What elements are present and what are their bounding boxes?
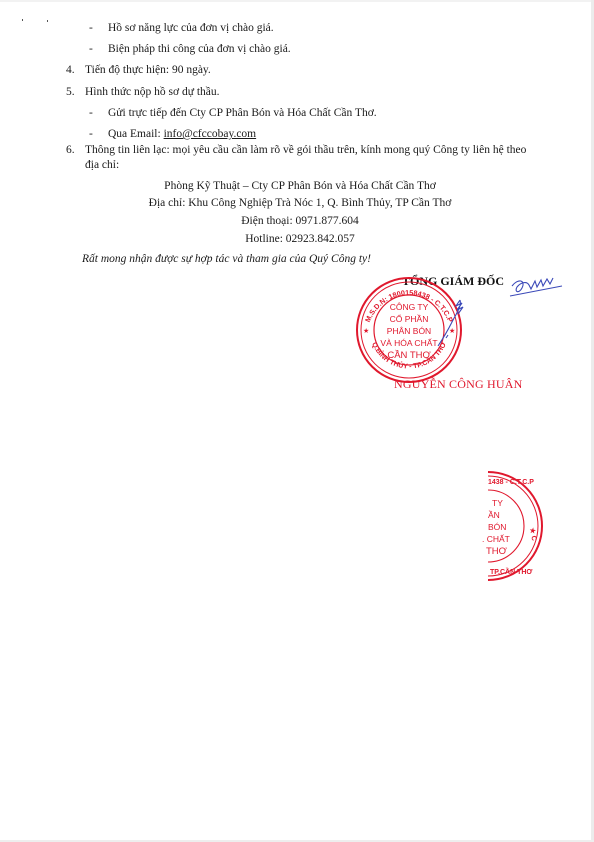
bullet-dash: - <box>89 127 93 141</box>
svg-text:ẦN: ẦN <box>488 510 500 520</box>
svg-text:BÓN: BÓN <box>488 522 506 532</box>
contact-address: Địa chỉ: Khu Công Nghiệp Trà Nóc 1, Q. B… <box>40 196 560 210</box>
item-schedule: Tiến độ thực hiện: 90 ngày. <box>85 63 211 77</box>
closing-remark: Rất mong nhận được sự hợp tác và tham gi… <box>82 252 371 266</box>
bullet-dash: - <box>89 42 93 56</box>
contact-department: Phòng Kỹ Thuật – Cty CP Phân Bón và Hóa … <box>40 179 560 193</box>
svg-text:★: ★ <box>363 327 369 335</box>
contact-hotline: Hotline: 02923.842.057 <box>40 232 560 246</box>
scan-mark <box>47 20 48 22</box>
item-contact-info: Thông tin liên lạc: mọi yêu cầu cần làm … <box>85 143 526 157</box>
bullet-capability-profile: Hồ sơ năng lực của đơn vị chào giá. <box>108 21 274 35</box>
bullet-dash: - <box>89 21 93 35</box>
svg-text:TY: TY <box>492 498 503 508</box>
signer-name: NGUYỄN CÔNG HUÂN <box>394 377 523 392</box>
bullet-construction-method: Biện pháp thi công của đơn vị chào giá. <box>108 42 291 56</box>
item-submission-method: Hình thức nộp hồ sơ dự thầu. <box>85 85 220 99</box>
email-link[interactable]: info@cfccobay.com <box>164 128 257 140</box>
svg-text:1438 - C.T.C.P: 1438 - C.T.C.P <box>488 479 534 486</box>
svg-text:THƠ: THƠ <box>486 546 507 557</box>
bullet-email-submission: Qua Email: info@cfccobay.com <box>108 127 256 141</box>
svg-text:★ C: ★ C <box>528 527 538 541</box>
item-contact-address-label: địa chỉ: <box>85 158 119 172</box>
svg-text:TP.CẦN THƠ: TP.CẦN THƠ <box>490 566 532 576</box>
scan-mark <box>22 19 23 21</box>
contact-phone: Điện thoại: 0971.877.604 <box>40 214 560 228</box>
page-top-edge <box>0 0 594 2</box>
partial-seal-stamp: 1438 - C.T.C.P ★ C TP.CẦN THƠ TY ẦN BÓN … <box>478 470 558 582</box>
item-number-5: 5. <box>66 85 75 99</box>
bullet-dash: - <box>89 106 93 120</box>
handwritten-signature <box>420 268 580 368</box>
email-label: Qua Email: <box>108 128 164 140</box>
item-number-6: 6. <box>66 143 75 157</box>
svg-text:. CHẤT: . CHẤT <box>482 534 510 544</box>
bullet-direct-submission: Gửi trực tiếp đến Cty CP Phân Bón và Hóa… <box>108 106 377 120</box>
item-number-4: 4. <box>66 63 75 77</box>
